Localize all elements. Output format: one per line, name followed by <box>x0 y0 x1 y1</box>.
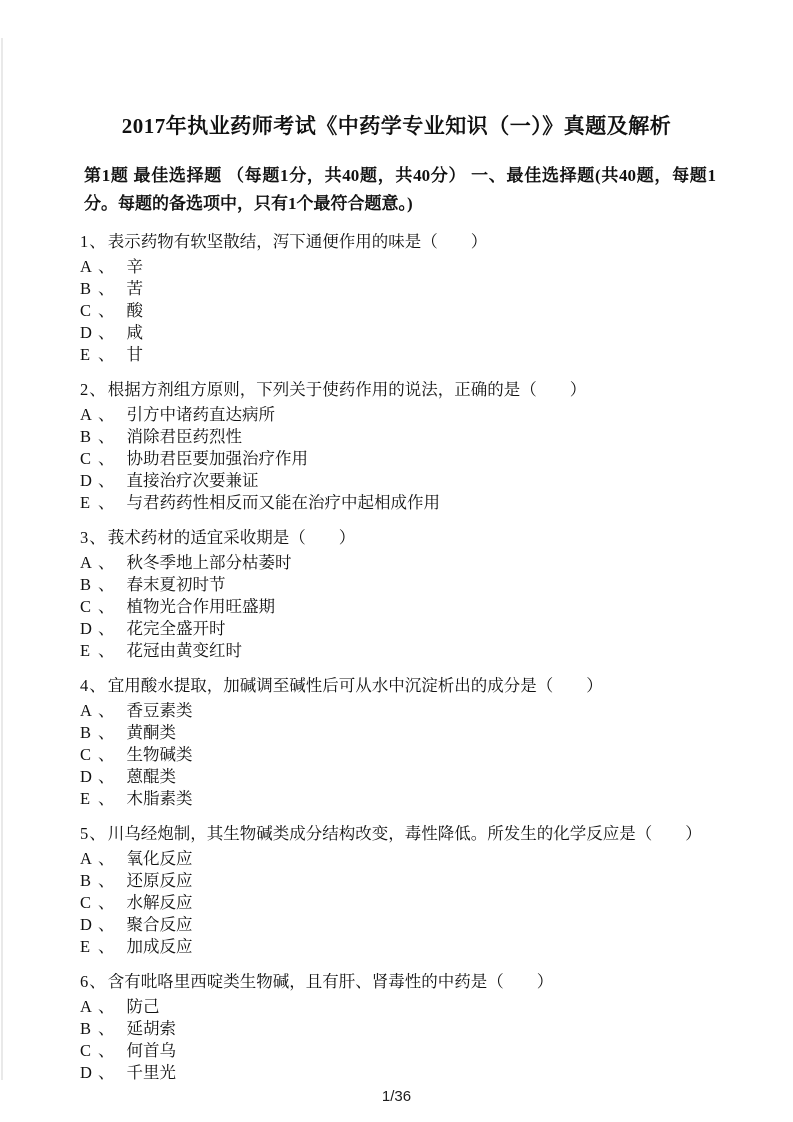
option-row: C、何首乌 <box>80 1040 743 1062</box>
option-text: 辛 <box>127 257 144 276</box>
option-list: A、辛 B、苦 C、酸 D、咸 E、甘 <box>80 256 743 366</box>
option-separator: 、 <box>98 1062 115 1084</box>
question-stem: 表示药物有软坚散结，泻下通便作用的味是（ ） <box>108 232 488 251</box>
option-text: 植物光合作用旺盛期 <box>127 597 276 616</box>
option-text: 花完全盛开时 <box>127 619 226 638</box>
option-row: D、千里光 <box>80 1062 743 1084</box>
option-label: E <box>80 492 94 514</box>
option-text: 氧化反应 <box>127 849 193 868</box>
question-stem: 川乌经炮制，其生物碱类成分结构改变，毒性降低。所发生的化学反应是（ ） <box>108 824 702 843</box>
option-row: B、还原反应 <box>80 870 743 892</box>
option-row: A、秋冬季地上部分枯萎时 <box>80 552 743 574</box>
option-separator: 、 <box>98 936 115 958</box>
question-number: 1 <box>80 232 88 251</box>
option-text: 千里光 <box>127 1063 177 1082</box>
option-text: 加成反应 <box>127 937 193 956</box>
option-separator: 、 <box>98 722 115 744</box>
question-stem-line: 6、含有吡咯里西啶类生物碱，且有肝、肾毒性的中药是（ ） <box>80 968 743 996</box>
option-row: A、防己 <box>80 996 743 1018</box>
option-text: 花冠由黄变红时 <box>127 641 243 660</box>
option-row: D、直接治疗次要兼证 <box>80 470 743 492</box>
option-label: D <box>80 1062 94 1084</box>
option-separator: 、 <box>98 256 115 278</box>
enumeration-separator: 、 <box>89 824 106 843</box>
option-list: A、氧化反应 B、还原反应 C、水解反应 D、聚合反应 E、加成反应 <box>80 848 743 958</box>
enumeration-separator: 、 <box>89 528 106 547</box>
option-separator: 、 <box>98 596 115 618</box>
option-row: A、引方中诸药直达病所 <box>80 404 743 426</box>
option-text: 水解反应 <box>127 893 193 912</box>
option-separator: 、 <box>98 640 115 662</box>
option-text: 生物碱类 <box>127 745 193 764</box>
option-text: 木脂素类 <box>127 789 193 808</box>
option-text: 与君药药性相反而又能在治疗中起相成作用 <box>127 493 441 512</box>
option-label: C <box>80 300 94 322</box>
option-label: A <box>80 996 94 1018</box>
option-row: C、协助君臣要加强治疗作用 <box>80 448 743 470</box>
option-label: D <box>80 766 94 788</box>
option-row: E、与君药药性相反而又能在治疗中起相成作用 <box>80 492 743 514</box>
option-text: 直接治疗次要兼证 <box>127 471 259 490</box>
option-label: C <box>80 596 94 618</box>
option-separator: 、 <box>98 744 115 766</box>
enumeration-separator: 、 <box>89 676 106 695</box>
option-text: 香豆素类 <box>127 701 193 720</box>
option-text: 协助君臣要加强治疗作用 <box>127 449 309 468</box>
option-text: 引方中诸药直达病所 <box>127 405 276 424</box>
option-label: C <box>80 744 94 766</box>
option-label: A <box>80 848 94 870</box>
option-separator: 、 <box>98 574 115 596</box>
option-separator: 、 <box>98 322 115 344</box>
enumeration-separator: 、 <box>89 972 106 991</box>
option-separator: 、 <box>98 448 115 470</box>
option-label: B <box>80 722 94 744</box>
option-text: 延胡索 <box>127 1019 177 1038</box>
option-label: D <box>80 322 94 344</box>
option-separator: 、 <box>98 300 115 322</box>
question-number: 4 <box>80 676 88 695</box>
option-text: 甘 <box>127 345 144 364</box>
option-text: 消除君臣药烈性 <box>127 427 243 446</box>
question-stem: 根据方剂组方原则，下列关于使药作用的说法，正确的是（ ） <box>108 380 587 399</box>
option-list: A、秋冬季地上部分枯萎时 B、春末夏初时节 C、植物光合作用旺盛期 D、花完全盛… <box>80 552 743 662</box>
option-label: E <box>80 936 94 958</box>
enumeration-separator: 、 <box>89 232 106 251</box>
option-separator: 、 <box>98 870 115 892</box>
option-text: 春末夏初时节 <box>127 575 226 594</box>
option-row: B、黄酮类 <box>80 722 743 744</box>
option-separator: 、 <box>98 700 115 722</box>
option-separator: 、 <box>98 552 115 574</box>
option-row: C、植物光合作用旺盛期 <box>80 596 743 618</box>
option-row: B、消除君臣药烈性 <box>80 426 743 448</box>
question-stem: 莪术药材的适宜采收期是（ ） <box>108 528 356 547</box>
option-label: E <box>80 788 94 810</box>
page-title: 2017年执业药师考试《中药学专业知识（一）》真题及解析 <box>0 0 793 141</box>
option-row: C、水解反应 <box>80 892 743 914</box>
question-stem: 宜用酸水提取，加碱调至碱性后可从水中沉淀析出的成分是（ ） <box>108 676 603 695</box>
option-separator: 、 <box>98 766 115 788</box>
option-label: B <box>80 278 94 300</box>
question-block: 5、川乌经炮制，其生物碱类成分结构改变，毒性降低。所发生的化学反应是（ ） A、… <box>80 820 743 958</box>
option-row: E、甘 <box>80 344 743 366</box>
question-stem-line: 5、川乌经炮制，其生物碱类成分结构改变，毒性降低。所发生的化学反应是（ ） <box>80 820 743 848</box>
option-label: E <box>80 344 94 366</box>
question-block: 3、莪术药材的适宜采收期是（ ） A、秋冬季地上部分枯萎时 B、春末夏初时节 C… <box>80 524 743 662</box>
option-separator: 、 <box>98 470 115 492</box>
option-row: C、酸 <box>80 300 743 322</box>
option-separator: 、 <box>98 1040 115 1062</box>
option-separator: 、 <box>98 914 115 936</box>
question-block: 4、宜用酸水提取，加碱调至碱性后可从水中沉淀析出的成分是（ ） A、香豆素类 B… <box>80 672 743 810</box>
option-label: C <box>80 1040 94 1062</box>
option-row: A、氧化反应 <box>80 848 743 870</box>
option-label: C <box>80 448 94 470</box>
option-row: E、木脂素类 <box>80 788 743 810</box>
option-label: B <box>80 1018 94 1040</box>
option-separator: 、 <box>98 996 115 1018</box>
option-text: 何首乌 <box>127 1041 177 1060</box>
option-row: B、春末夏初时节 <box>80 574 743 596</box>
question-number: 2 <box>80 380 88 399</box>
option-label: B <box>80 426 94 448</box>
option-separator: 、 <box>98 278 115 300</box>
option-text: 苦 <box>127 279 144 298</box>
option-row: E、花冠由黄变红时 <box>80 640 743 662</box>
option-list: A、引方中诸药直达病所 B、消除君臣药烈性 C、协助君臣要加强治疗作用 D、直接… <box>80 404 743 514</box>
option-text: 聚合反应 <box>127 915 193 934</box>
option-row: C、生物碱类 <box>80 744 743 766</box>
option-row: D、蒽醌类 <box>80 766 743 788</box>
question-block: 6、含有吡咯里西啶类生物碱，且有肝、肾毒性的中药是（ ） A、防己 B、延胡索 … <box>80 968 743 1084</box>
option-list: A、防己 B、延胡索 C、何首乌 D、千里光 <box>80 996 743 1084</box>
option-text: 秋冬季地上部分枯萎时 <box>127 553 292 572</box>
question-stem-line: 1、表示药物有软坚散结，泻下通便作用的味是（ ） <box>80 228 743 256</box>
option-label: A <box>80 256 94 278</box>
question-number: 3 <box>80 528 88 547</box>
question-stem-line: 4、宜用酸水提取，加碱调至碱性后可从水中沉淀析出的成分是（ ） <box>80 672 743 700</box>
option-list: A、香豆素类 B、黄酮类 C、生物碱类 D、蒽醌类 E、木脂素类 <box>80 700 743 810</box>
option-row: D、咸 <box>80 322 743 344</box>
question-stem: 含有吡咯里西啶类生物碱，且有肝、肾毒性的中药是（ ） <box>108 972 554 991</box>
question-number: 5 <box>80 824 88 843</box>
option-row: D、花完全盛开时 <box>80 618 743 640</box>
option-separator: 、 <box>98 1018 115 1040</box>
option-row: E、加成反应 <box>80 936 743 958</box>
option-separator: 、 <box>98 426 115 448</box>
option-separator: 、 <box>98 788 115 810</box>
option-text: 还原反应 <box>127 871 193 890</box>
option-text: 咸 <box>127 323 144 342</box>
option-separator: 、 <box>98 492 115 514</box>
option-row: A、香豆素类 <box>80 700 743 722</box>
question-list: 1、表示药物有软坚散结，泻下通便作用的味是（ ） A、辛 B、苦 C、酸 D、咸… <box>80 228 743 1084</box>
question-stem-line: 2、根据方剂组方原则，下列关于使药作用的说法，正确的是（ ） <box>80 376 743 404</box>
option-text: 黄酮类 <box>127 723 177 742</box>
page-edge-line <box>1 38 3 1080</box>
enumeration-separator: 、 <box>89 380 106 399</box>
option-row: B、苦 <box>80 278 743 300</box>
option-row: D、聚合反应 <box>80 914 743 936</box>
question-block: 2、根据方剂组方原则，下列关于使药作用的说法，正确的是（ ） A、引方中诸药直达… <box>80 376 743 514</box>
option-label: A <box>80 700 94 722</box>
option-row: A、辛 <box>80 256 743 278</box>
option-text: 蒽醌类 <box>127 767 177 786</box>
option-label: E <box>80 640 94 662</box>
option-label: B <box>80 574 94 596</box>
option-label: A <box>80 404 94 426</box>
option-text: 酸 <box>127 301 144 320</box>
option-label: B <box>80 870 94 892</box>
document-page: 2017年执业药师考试《中药学专业知识（一）》真题及解析 第1题 最佳选择题 （… <box>0 0 793 1122</box>
option-row: B、延胡索 <box>80 1018 743 1040</box>
option-label: A <box>80 552 94 574</box>
option-separator: 、 <box>98 618 115 640</box>
section-header: 第1题 最佳选择题 （每题1分，共40题，共40分） 一、最佳选择题(共40题，… <box>84 162 716 218</box>
option-label: D <box>80 470 94 492</box>
question-stem-line: 3、莪术药材的适宜采收期是（ ） <box>80 524 743 552</box>
option-label: D <box>80 618 94 640</box>
question-block: 1、表示药物有软坚散结，泻下通便作用的味是（ ） A、辛 B、苦 C、酸 D、咸… <box>80 228 743 366</box>
option-separator: 、 <box>98 404 115 426</box>
option-label: C <box>80 892 94 914</box>
option-separator: 、 <box>98 892 115 914</box>
option-separator: 、 <box>98 344 115 366</box>
option-label: D <box>80 914 94 936</box>
page-number: 1/36 <box>0 1088 793 1105</box>
question-number: 6 <box>80 972 88 991</box>
option-text: 防己 <box>127 997 160 1016</box>
option-separator: 、 <box>98 848 115 870</box>
